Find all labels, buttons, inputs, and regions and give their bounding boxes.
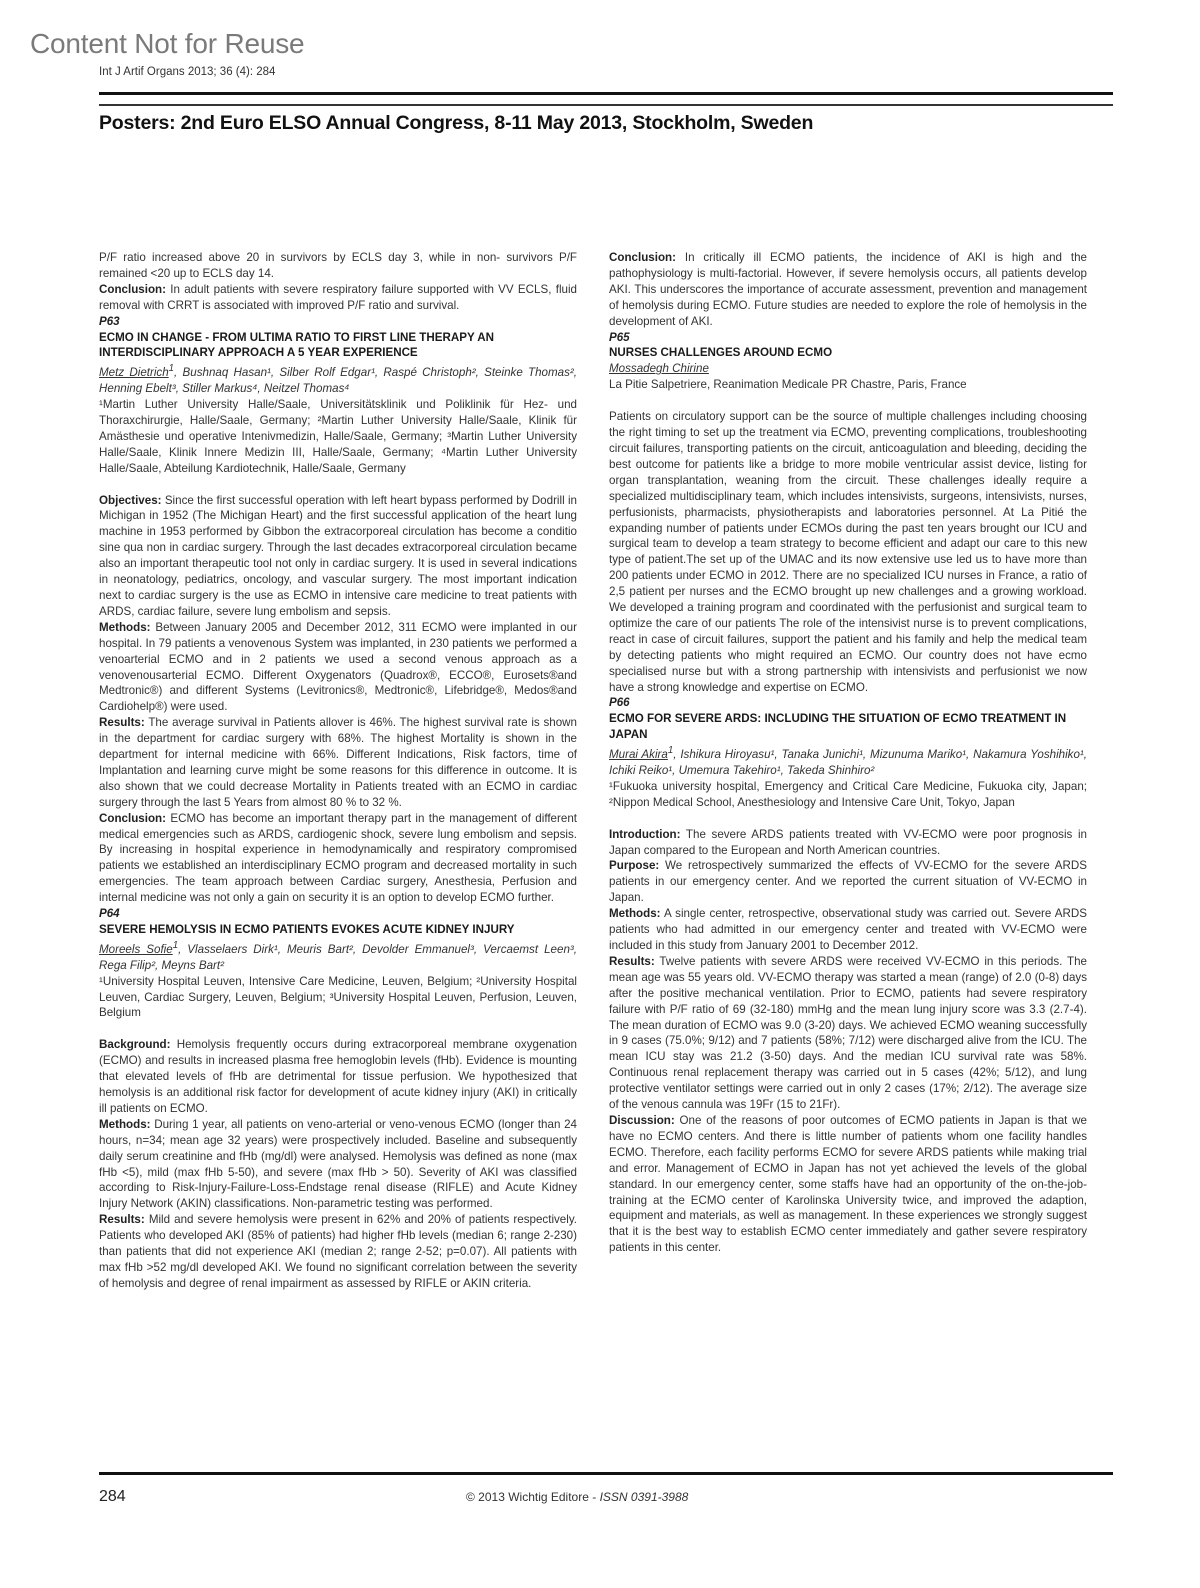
abstract-title: NURSES CHALLENGES AROUND ECMO [609,345,1087,361]
abstract-title: ECMO FOR SEVERE ARDS: INCLUDING THE SITU… [609,711,1087,743]
introduction-section: Introduction: The severe ARDS patients t… [609,827,1087,859]
presenting-author: Moreels Sofie [99,943,173,956]
abstract-id: P65 [609,330,1087,346]
abstract-id: P66 [609,695,1087,711]
objectives-section: Objectives: Since the first successful o… [99,493,577,620]
page-number: 284 [99,1488,126,1506]
affiliations: ¹Martin Luther University Halle/Saale, U… [99,397,577,477]
continuation-text: P/F ratio increased above 20 in survivor… [99,250,577,282]
p64-conclusion-section: Conclusion: In critically ill ECMO patie… [609,250,1087,330]
presenting-author: Murai Akira [609,748,668,761]
section-label: Conclusion: [99,283,166,296]
journal-citation: Int J Artif Organs 2013; 36 (4): 284 [99,66,275,78]
purpose-section: Purpose: We retrospectively summarized t… [609,858,1087,906]
affiliations: ¹University Hospital Leuven, Intensive C… [99,974,577,1022]
abstract-p66: P66 ECMO FOR SEVERE ARDS: INCLUDING THE … [609,695,1087,1256]
abstract-id: P64 [99,906,577,922]
conclusion-section: Conclusion: ECMO has become an important… [99,811,577,906]
footer-rule [99,1472,1113,1475]
abstract-title: ECMO IN CHANGE - FROM ULTIMA RATIO TO FI… [99,330,577,362]
abstract-p64: P64 SEVERE HEMOLYSIS IN ECMO PATIENTS EV… [99,906,577,1292]
methods-section: Methods: During 1 year, all patients on … [99,1117,577,1212]
author-list: Murai Akira1, Ishikura Hiroyasu¹, Tanaka… [609,743,1087,779]
issue-title: Posters: 2nd Euro ELSO Annual Congress, … [99,112,813,135]
header-rule-thick [99,92,1113,95]
abstract-id: P63 [99,314,577,330]
presenting-author: Mossadegh Chirine [609,362,709,375]
author-list: Moreels Sofie1, Vlasselaers Dirk¹, Meuri… [99,938,577,974]
methods-section: Methods: A single center, retrospective,… [609,906,1087,954]
affiliations: La Pitie Salpetriere, Reanimation Medica… [609,377,1087,393]
right-column: Conclusion: In critically ill ECMO patie… [609,250,1087,1256]
abstract-p65: P65 NURSES CHALLENGES AROUND ECMO Mossad… [609,330,1087,696]
issn: ISSN 0391-3988 [600,1490,689,1504]
presenting-author: Metz Dietrich [99,366,169,379]
results-section: Results: The average survival in Patient… [99,715,577,810]
body-text: Patients on circulatory support can be t… [609,409,1087,695]
continuation-conclusion: Conclusion: In adult patients with sever… [99,282,577,314]
watermark: Content Not for Reuse [30,28,304,60]
left-column: P/F ratio increased above 20 in survivor… [99,250,577,1292]
header-rule-thin [99,104,1113,106]
background-section: Background: Hemolysis frequently occurs … [99,1037,577,1117]
methods-section: Methods: Between January 2005 and Decemb… [99,620,577,715]
results-section: Results: Mild and severe hemolysis were … [99,1212,577,1292]
footer-copyright: © 2013 Wichtig Editore - ISSN 0391-3988 [466,1490,688,1504]
abstract-p63: P63 ECMO IN CHANGE - FROM ULTIMA RATIO T… [99,314,577,906]
author-list: Metz Dietrich1, Bushnaq Hasan¹, Silber R… [99,361,577,397]
results-section: Results: Twelve patients with severe ARD… [609,954,1087,1113]
discussion-section: Discussion: One of the reasons of poor o… [609,1113,1087,1256]
author-list: Mossadegh Chirine [609,361,1087,377]
affiliations: ¹Fukuoka university hospital, Emergency … [609,779,1087,811]
abstract-title: SEVERE HEMOLYSIS IN ECMO PATIENTS EVOKES… [99,922,577,938]
